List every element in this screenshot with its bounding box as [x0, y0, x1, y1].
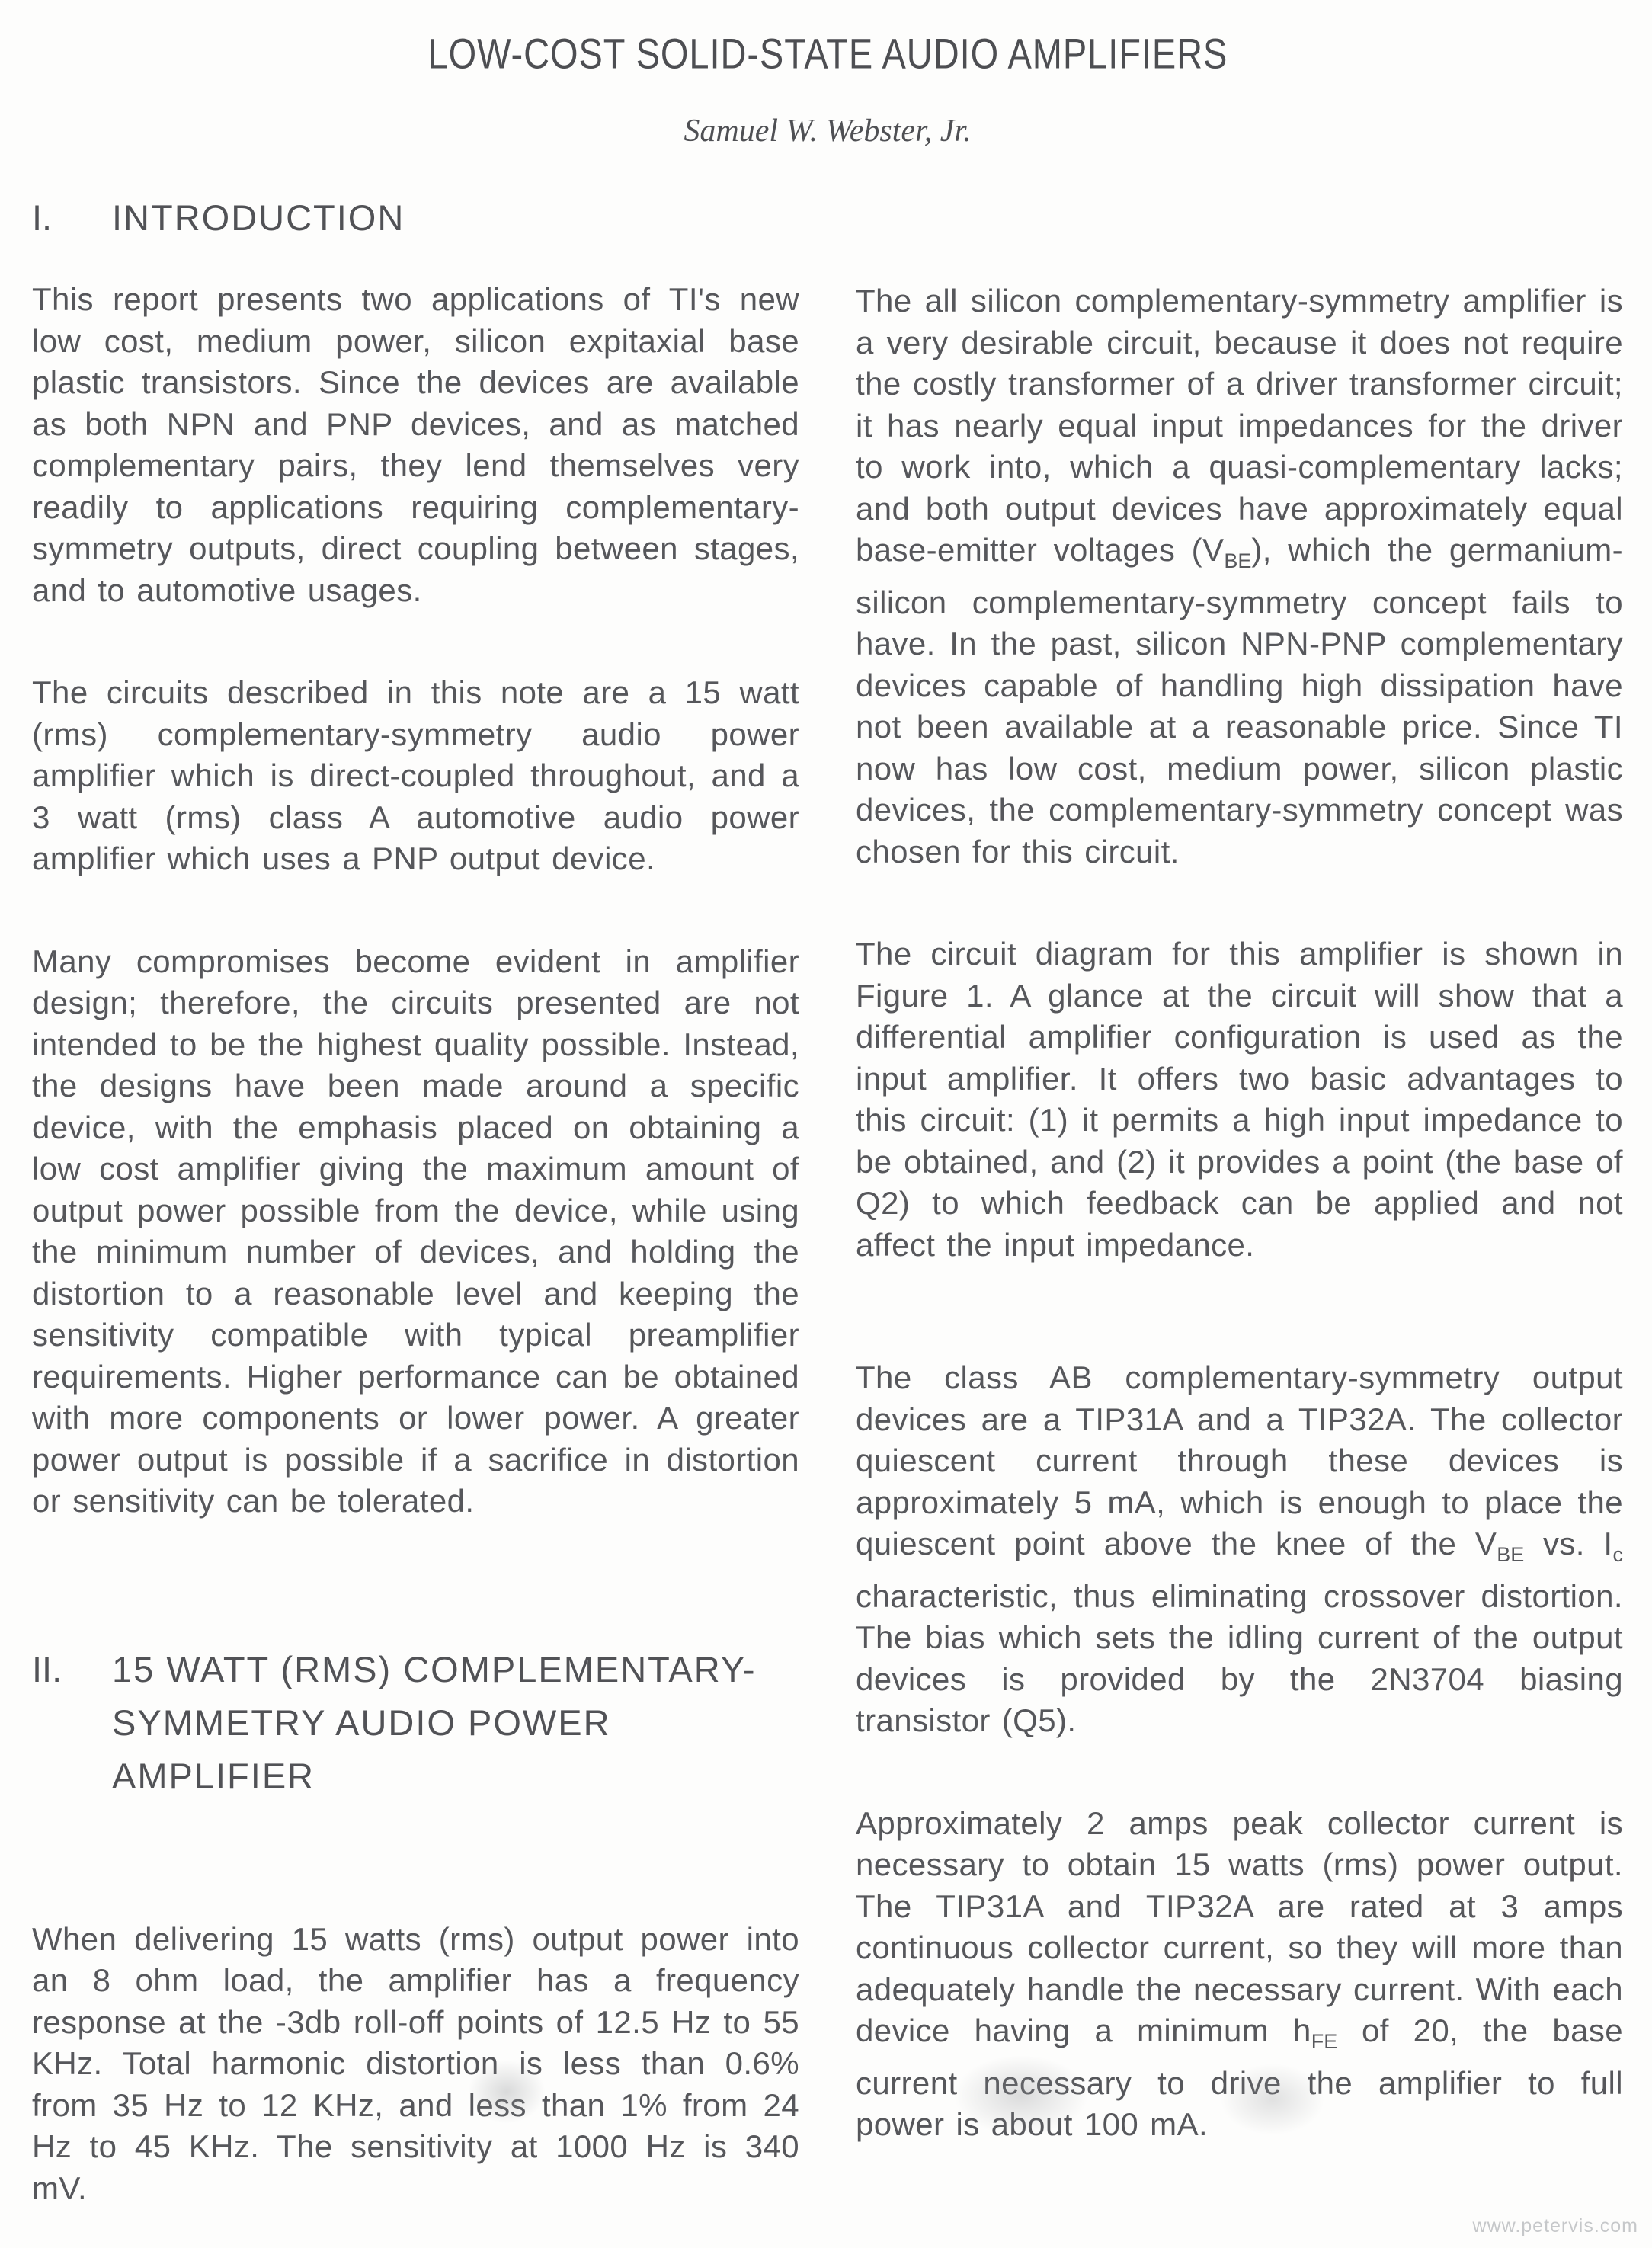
text-run: The class AB complementary-symmetry outp…: [856, 1359, 1623, 1561]
text-run: Many compromises become evident in ampli…: [32, 943, 799, 1519]
paragraph-silicon-symmetry: The all silicon complementary-symmetry a…: [856, 280, 1623, 873]
paragraph-intro-2: The circuits described in this note are …: [32, 672, 799, 880]
text-run: vs. I: [1524, 1526, 1612, 1561]
paragraph-peak-current: Approximately 2 amps peak collector curr…: [856, 1803, 1623, 2146]
text-run: The all silicon complementary-symmetry a…: [856, 283, 1623, 568]
paragraph-class-ab: The class AB complementary-symmetry outp…: [856, 1357, 1623, 1742]
subscript-text: c: [1613, 1543, 1624, 1566]
text-run: The circuit diagram for this amplifier i…: [856, 936, 1623, 1263]
text-run: The circuits described in this note are …: [32, 674, 799, 876]
text-run: When delivering 15 watts (rms) output po…: [32, 1921, 799, 2206]
paragraph-intro-3: Many compromises become evident in ampli…: [32, 941, 799, 1523]
paragraph-circuit-diagram: The circuit diagram for this amplifier i…: [856, 933, 1623, 1266]
text-run: This report presents two applications of…: [32, 281, 799, 608]
page-title: LOW-COST SOLID-STATE AUDIO AMPLIFIERS: [427, 29, 1228, 78]
document-page: LOW-COST SOLID-STATE AUDIO AMPLIFIERS Sa…: [0, 0, 1652, 2248]
watermark: www.petervis.com: [1473, 2215, 1638, 2237]
section-number: II.: [32, 1643, 112, 1696]
subscript-text: FE: [1311, 2030, 1338, 2053]
subscript-text: BE: [1224, 549, 1251, 572]
section-title-line: 15 WATT (RMS) COMPLEMENTARY-: [112, 1643, 799, 1696]
section-heading-introduction: I. INTRODUCTION: [32, 197, 799, 239]
text-run: characteristic, thus eliminating crossov…: [856, 1578, 1623, 1739]
text-run: ), which the germanium-silicon complemen…: [856, 532, 1623, 869]
section-title: 15 WATT (RMS) COMPLEMENTARY- SYMMETRY AU…: [112, 1643, 799, 1803]
left-column: I. INTRODUCTION This report presents two…: [32, 197, 799, 2209]
paragraph-specs: When delivering 15 watts (rms) output po…: [32, 1919, 799, 2210]
author-byline: Samuel W. Webster, Jr.: [32, 113, 1623, 149]
section-title-line: SYMMETRY AUDIO POWER AMPLIFIER: [112, 1696, 799, 1803]
section-number: I.: [32, 197, 112, 239]
paragraph-intro-1: This report presents two applications of…: [32, 279, 799, 611]
subscript-text: BE: [1497, 1543, 1524, 1566]
document-header: LOW-COST SOLID-STATE AUDIO AMPLIFIERS Sa…: [32, 18, 1623, 149]
section-heading-15watt-amplifier: II. 15 WATT (RMS) COMPLEMENTARY- SYMMETR…: [32, 1643, 799, 1803]
section-title: INTRODUCTION: [112, 197, 405, 239]
two-column-body: I. INTRODUCTION This report presents two…: [32, 197, 1623, 2209]
right-column: The all silicon complementary-symmetry a…: [856, 197, 1623, 2209]
